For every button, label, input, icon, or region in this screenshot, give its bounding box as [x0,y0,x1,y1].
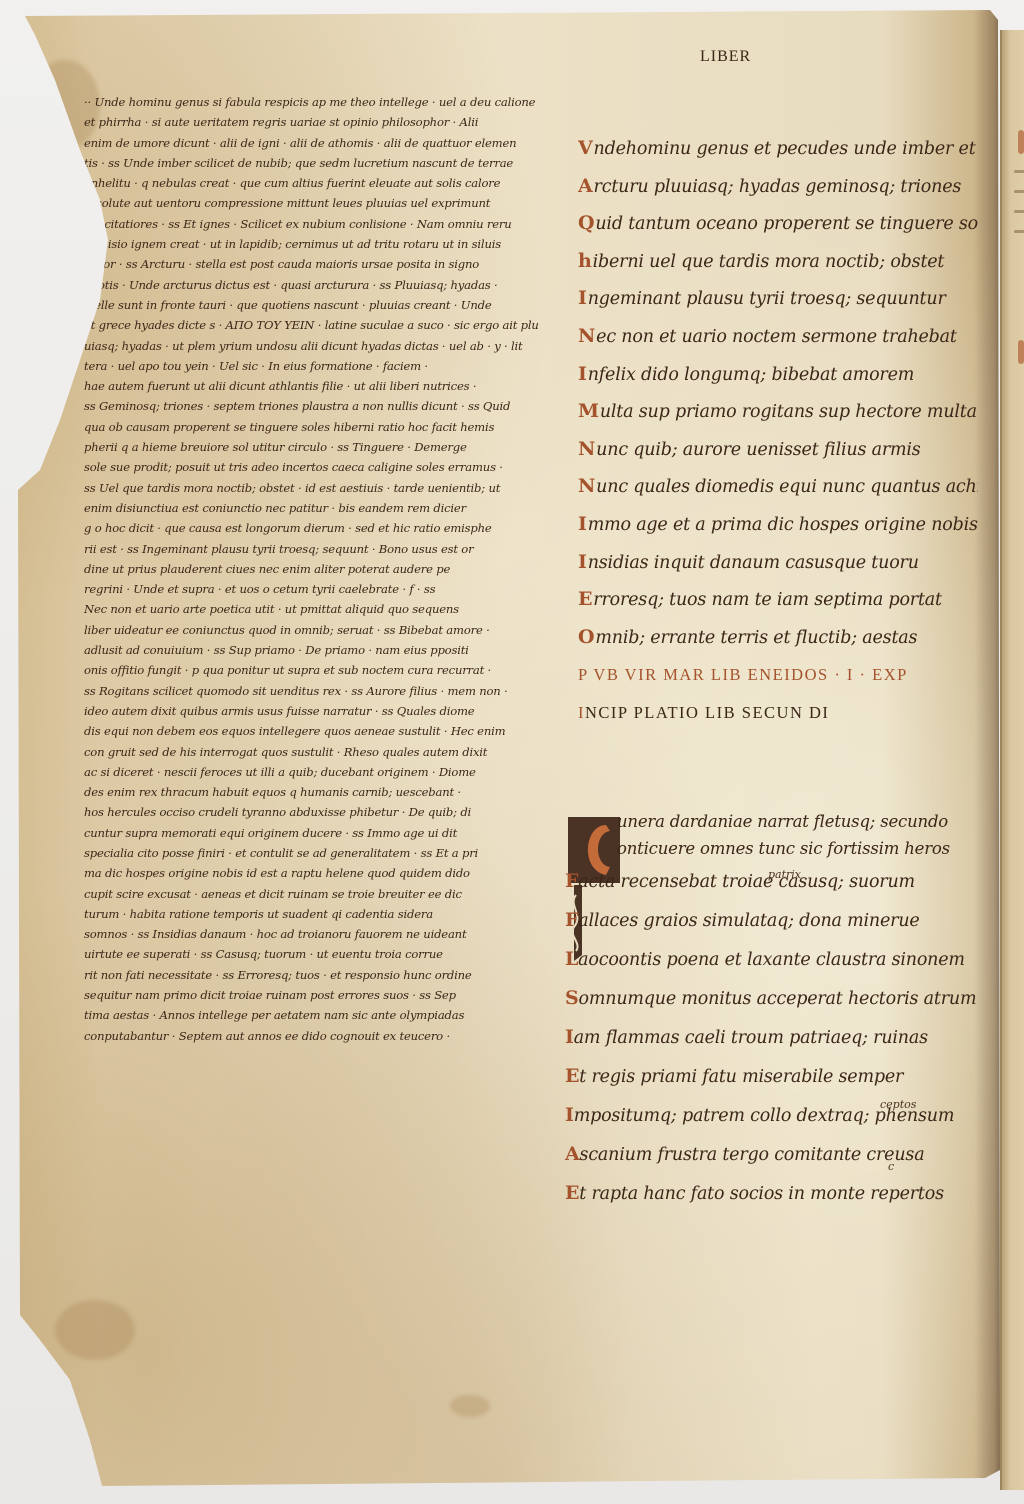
verse-line: Et regis priami fatu miserabile semper [565,1057,985,1096]
verse-line: Iam flammas caeli troum patriaeq; ruinas [565,1018,985,1057]
verse-text: am flammas caeli troum patriaeq; ruinas [574,1028,928,1048]
parchment-stain [55,1300,135,1360]
commentary-line: enim disiunctiua est coniunctio nec pati… [84,498,554,518]
commentary-line: uiasq; hyadas · ut plem yrium undosu ali… [84,336,554,356]
verse-line: Immo age et a prima dic hospes origine n… [578,506,978,544]
verse-text: acta recensebat troiae casusq; suorum [578,872,915,892]
prologue-line: unera dardaniae narrat fletusq; secundo [565,808,985,835]
commentary-line: ac si diceret · nescii feroces ut illi a… [84,762,554,782]
verse-line: Ingeminant plausu tyrii troesq; sequuntu… [578,280,978,318]
rubricated-initial: N [578,325,595,347]
commentary-line: conputabantur · Septem aut annos ee dido… [84,1026,554,1046]
commentary-line: arbor · ss Arcturu · stella est post cau… [84,254,554,274]
verse-line: Laocoontis poena et laxante claustra sin… [565,940,985,979]
commentary-line: turum · habita ratione temporis ut suade… [84,904,554,924]
verse-column: Vndehominu genus et pecudes unde imber e… [578,130,978,732]
commentary-line: ss Uel que tardis mora noctib; obstet · … [84,478,554,498]
commentary-line: specialia cito posse finiri · et contuli… [84,843,554,863]
commentary-line: regrini · Unde et supra · et uos o cetum… [84,579,554,599]
verse-line: Nec non et uario noctem sermone trahebat [578,318,978,356]
verse-text: ec non et uario noctem sermone trahebat [596,327,957,347]
verse-line: Nunc quales diomedis equi nunc quantus a… [578,468,978,506]
commentary-line: cuntur supra memorati equi originem duce… [84,823,554,843]
verse-text: uid tantum oceano properent se tinguere … [595,214,978,234]
commentary-line: cupit scire excusat · aeneas et dicit ru… [84,884,554,904]
verse-line: Fallaces graios simulataq; dona minerue [565,901,985,940]
rubricated-initial: M [578,400,599,422]
verse-text: t rapta hanc fato socios in monte repert… [579,1184,944,1204]
adjacent-text-fragment [1014,210,1024,213]
verse-line: Omnib; errante terris et fluctib; aestas [578,619,978,657]
commentary-line: stelle sunt in fronte tauri · que quotie… [84,295,554,315]
commentary-line: pherii q a hieme breuiore sol utitur cir… [84,437,554,457]
verse-text: rcturu pluuiasq; hyadas geminosq; trione… [594,177,962,197]
commentary-line: tera · uel apo tou yein · Uel sic · In e… [84,356,554,376]
rubricated-initial: N [578,475,595,497]
commentary-line: hae autem fuerunt ut alii dicunt athlant… [84,376,554,396]
rubricated-initial: V [578,137,593,159]
adjacent-text-fragment [1014,230,1024,233]
verse-line: Infelix dido longumq; bibebat amorem [578,356,978,394]
commentary-line: uirtute ee superati · ss Casusq; tuorum … [84,944,554,964]
verse-text: ndehominu genus et pecudes unde imber et… [594,139,978,159]
verse-line: Erroresq; tuos nam te iam septima portat [578,581,978,619]
verse-line: Et rapta hanc fato socios in monte reper… [565,1174,985,1213]
verse-text: iberni uel que tardis mora noctib; obste… [593,252,945,272]
verse-text: rroresq; tuos nam te iam septima portat [593,590,942,610]
verse-line: Somnumque monitus acceperat hectoris atr… [565,979,985,1018]
commentary-line: ss Geminosq; triones · septem triones pl… [84,396,554,416]
verse-text: nsidias inquit danaum casusque tuoru [588,553,919,573]
parchment-stain [450,1395,490,1417]
rubricated-initial: F [565,909,578,931]
commentary-line: Nec non et uario arte poetica utit · ut … [84,599,554,619]
verse-text: ngeminant plausu tyrii troesq; sequuntur [588,289,946,309]
explicit-rubric: P VB VIR MAR LIB ENEIDOS · I · EXP [578,656,978,694]
interlinear-gloss: ceptos [880,1098,916,1111]
commentary-column: ·· Unde hominu genus si fabula respicis … [84,92,554,1046]
commentary-line: dis equi non debem eos equos intellegere… [84,721,554,741]
commentary-line: somnos · ss Insidias danaum · hoc ad tro… [84,924,554,944]
verse-text: t regis priami fatu miserabile semper [579,1067,903,1087]
rubricated-initial: I [565,1026,574,1048]
commentary-line: anhelitu · q nebulas creat · que cum alt… [84,173,554,193]
adjacent-text-fragment [1014,190,1024,193]
commentary-line: onis offitio fungit · p qua ponitur ut s… [84,660,554,680]
commentary-line: et phirrha · si aute ueritatem regris ua… [84,112,554,132]
running-head: LIBER [700,48,751,66]
incipit-rubric: INCIP PLATIO LIB SECUN DI [578,694,978,732]
commentary-line: ss Rogitans scilicet quomodo sit uenditu… [84,681,554,701]
commentary-line: enim de umore dicunt · alii de igni · al… [84,133,554,153]
commentary-line: con gruit sed de his interrogat quos sus… [84,742,554,762]
verse-line: Quid tantum oceano properent se tinguere… [578,205,978,243]
verse-text: scanium frustra tergo comitante creusa [580,1145,925,1165]
verse-line: Insidias inquit danaum casusque tuoru [578,544,978,582]
commentary-line: tima aestas · Annos intellege per aetate… [84,1005,554,1025]
verse-text: unc quales diomedis equi nunc quantus ac… [596,477,978,497]
rubricated-initial: A [565,1143,580,1165]
rubricated-initial: I [578,551,587,573]
verse-line: Multa sup priamo rogitans sup hectore mu… [578,393,978,431]
interlinear-gloss: patrix [768,868,801,881]
rubricated-initial: A [578,175,593,197]
commentary-line: ·· Unde hominu genus si fabula respicis … [84,92,554,112]
commentary-line: concitatiores · ss Et ignes · Scilicet e… [84,214,554,234]
verse-line: Nunc quib; aurore uenisset filius armis [578,431,978,469]
commentary-line: conlisio ignem creat · ut in lapidib; ce… [84,234,554,254]
commentary-line: et grece hyades dicte s · ΑΠΟ ΤΟΥ ΥΕΙΝ ·… [84,315,554,335]
adjacent-text-fragment [1014,170,1024,173]
commentary-line: des enim rex thracum habuit equos q huma… [84,782,554,802]
commentary-line: rit non fati necessitate · ss Erroresq; … [84,965,554,985]
commentary-line: resolute aut uentoru compressione mittun… [84,193,554,213]
rubricated-initial: E [565,1065,579,1087]
adjacent-red-initial [1018,130,1024,154]
verse-line: Arcturu pluuiasq; hyadas geminosq; trion… [578,168,978,206]
commentary-line: sequitur nam primo dicit troiae ruinam p… [84,985,554,1005]
commentary-line: qua ob causam properent se tinguere sole… [84,417,554,437]
rubricated-initial: F [565,870,578,892]
rubricated-initial: I [565,1104,574,1126]
gutter-shadow [975,10,1002,1480]
manuscript-leaf: LIBER ·· Unde hominu genus si fabula res… [0,0,1002,1504]
rubricated-initial: h [578,250,592,272]
verse-text: aocoontis poena et laxante claustra sino… [578,950,965,970]
verse-text: ulta sup priamo rogitans sup hectore mul… [600,402,977,422]
rubricated-initial: S [565,987,579,1009]
verse-text: unc quib; aurore uenisset filius armis [596,440,920,460]
verse-text: mnib; errante terris et fluctib; aestas [595,628,917,648]
commentary-line: g o hoc dicit · que causa est longorum d… [84,518,554,538]
verse-text: allaces graios simulataq; dona minerue [578,911,919,931]
interlinear-gloss: c [888,1160,894,1173]
commentary-line: ideo autem dixit quibus armis usus fuiss… [84,701,554,721]
rubricated-initial: E [578,588,592,610]
commentary-line: liber uideatur ee coniunctus quod in omn… [84,620,554,640]
commentary-line: ma dic hospes origine nobis id est a rap… [84,863,554,883]
verse-text: nfelix dido longumq; bibebat amorem [588,365,914,385]
rubricated-initial: O [578,626,594,648]
rubricated-initial: Q [578,212,594,234]
verse-line: Ascanium frustra tergo comitante creusa [565,1135,985,1174]
rubricated-initial: I [578,363,587,385]
commentary-line: rii est · ss Ingeminant plausu tyrii tro… [84,539,554,559]
rubricated-initial: E [565,1182,579,1204]
verse-line: Vndehominu genus et pecudes unde imber e… [578,130,978,168]
verse-line: hiberni uel que tardis mora noctib; obst… [578,243,978,281]
rubricated-initial: I [578,287,587,309]
verse-line: Impositumq; patrem collo dextraq; phensu… [565,1096,985,1135]
rubricated-initial: I [578,513,587,535]
rubricated-initial: L [565,948,578,970]
commentary-line: hos hercules occiso crudeli tyranno abdu… [84,802,554,822]
commentary-line: adlusit ad conuiuium · ss Sup priamo · D… [84,640,554,660]
verse-text: mmo age et a prima dic hospes origine no… [588,515,978,535]
commentary-line: sole sue prodit; posuit ut tris adeo inc… [84,457,554,477]
commentary-line: dine ut prius plauderent ciues nec enim … [84,559,554,579]
rubricated-initial: N [578,438,595,460]
adjacent-page-edge [1000,30,1024,1490]
adjacent-red-initial [1018,340,1024,364]
verse-text: omnumque monitus acceperat hectoris atru… [579,989,977,1009]
commentary-line: tis · ss Unde imber scilicet de nubib; q… [84,153,554,173]
prologue-line: onticuere omnes tunc sic fortissim heros [565,835,985,862]
commentary-line: bootis · Unde arcturus dictus est · quas… [84,275,554,295]
